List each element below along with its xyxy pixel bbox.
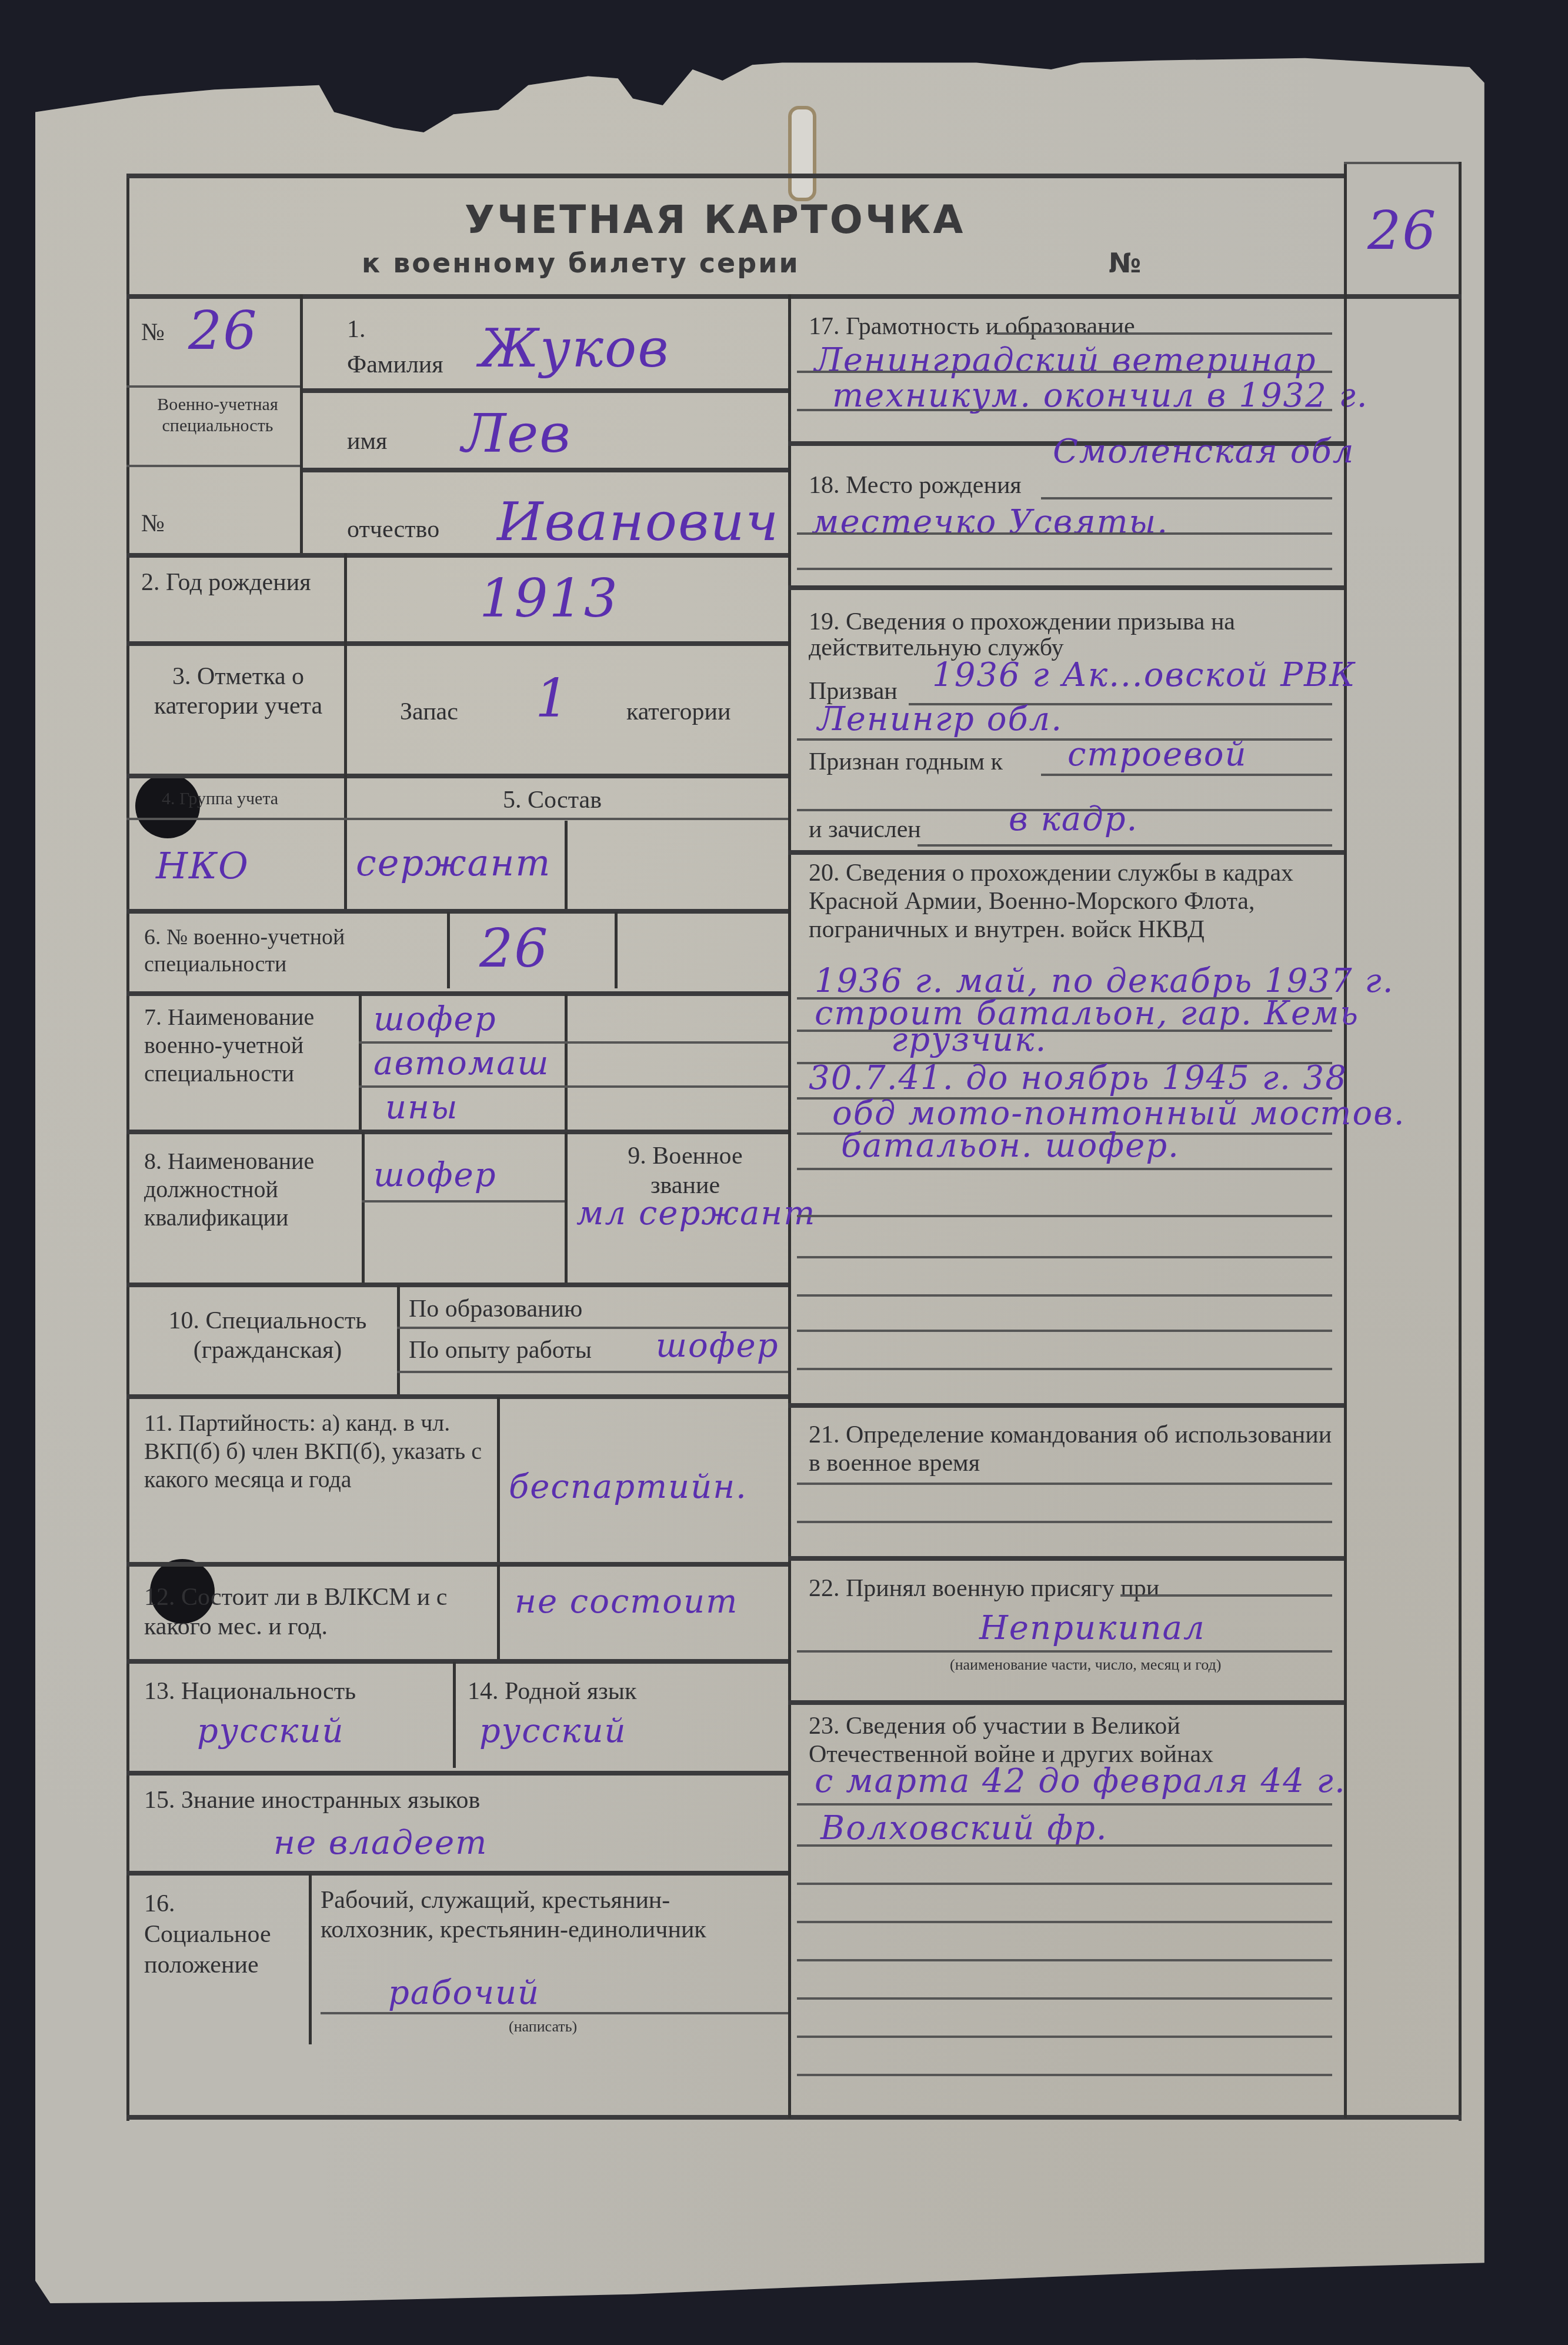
surname-label: Фамилия [347,350,443,379]
divider [788,1556,1344,1561]
war-participation-label: 23. Сведения об участии в Великой Отечес… [809,1712,1332,1768]
divider [797,1921,1332,1923]
divider [565,1132,568,1283]
divider [797,1030,1332,1032]
surname-value: Жуков [479,318,670,379]
divider [788,850,1344,855]
divider [797,1959,1332,1961]
war-participation-line-2: Волховский фр. [820,1809,1108,1847]
right-column-border [1344,294,1347,2118]
vus-number-label: 6. № военно-учетной специальности [144,924,444,978]
by-experience-value: шофер [656,1327,779,1365]
divider [126,641,788,646]
party-label: 11. Партийность: а) канд. в чл. ВКП(б) б… [144,1409,491,1494]
divider [126,818,788,820]
divider [797,532,1332,535]
divider [788,1403,1344,1408]
divider [344,774,347,909]
divider [126,1659,788,1664]
called-line-2: Ленингр обл. [818,700,1063,738]
divider [1120,1594,1332,1597]
divider [126,909,788,914]
divider [797,1168,1332,1170]
divider [797,1997,1332,2000]
number-box-left [1344,162,1347,297]
category-word: категории [626,697,730,727]
komsomol-label: 12. Состоит ли в ВЛКСМ и с какого мес. и… [144,1583,497,1641]
divider [565,821,568,909]
divider [797,1215,1332,1217]
divider [797,568,1332,570]
qualification-label: 8. Наименование должностной квалификации [144,1147,362,1232]
party-value: беспартийн. [509,1468,748,1506]
patronymic-label: отчество [347,515,439,544]
native-language-value: русский [479,1712,627,1750]
vus-name-line-2: автомаш [373,1044,550,1082]
divider [397,1371,788,1373]
divider [1041,497,1332,499]
field-1-number: 1. [347,315,366,344]
divider [303,388,788,393]
education-line-1: Ленинградский ветеринар [815,341,1317,379]
education-label: 17. Грамотность и образование [809,312,1135,341]
card-title: УЧЕТНАЯ КАРТОЧКА [465,197,965,242]
by-experience-label: По опыту работы [409,1335,592,1365]
divider [362,1200,565,1203]
service-label: 20. Сведения о прохождении службы в кадр… [809,859,1332,944]
card-no-label: № [141,318,165,347]
divider [126,385,300,388]
social-status-label: 16. Социальное положение [144,1888,303,1980]
qualification-value: шофер [373,1156,497,1194]
divider [359,1085,788,1088]
oath-label: 22. Принял военную присягу при [809,1574,1159,1603]
oath-hint: (наименование части, число, месяц и год) [950,1656,1221,1674]
divider [126,774,788,778]
foreign-languages-value: не владеет [273,1824,488,1862]
divider [359,994,362,1130]
divider [126,1130,788,1134]
divider [321,2012,788,2014]
card-subtitle: к военному билету серии [362,247,800,279]
divider [359,1041,788,1044]
divider [497,1565,500,1659]
vus-name-line-3: ины [385,1088,459,1127]
composition-label: 5. Состав [503,785,602,815]
divider [126,1283,788,1287]
divider [997,332,1332,335]
divider [126,1771,788,1776]
divider [344,641,347,774]
foreign-languages-label: 15. Знание иностранных языков [144,1786,480,1815]
rank-value: мл сержант [576,1194,816,1233]
reserve-label: Запас [400,697,458,727]
vus-number-value: 26 [479,918,549,980]
fit-label: Признан годным к [809,747,1003,777]
war-participation-line-1: с марта 42 до февраля 44 г. [815,1762,1346,1800]
divider [126,1871,788,1876]
divider [126,1394,788,1399]
number-box-top [1344,162,1462,164]
name-value: Лев [462,403,572,465]
number-sign: № [1109,247,1143,279]
komsomol-value: не состоит [515,1583,738,1621]
divider [797,1294,1332,1297]
enrolled-label: и зачислен [809,815,921,844]
divider [797,1650,1332,1653]
divider [497,1397,500,1562]
divider [797,371,1332,373]
native-language-label: 14. Родной язык [468,1677,636,1706]
frame-bottom [126,2115,1462,2120]
divider [797,1803,1332,1806]
divider [344,553,347,641]
divider [918,844,1332,847]
birthplace-label: 18. Место рождения [809,471,1022,500]
divider [126,553,788,558]
nationality-value: русский [197,1712,345,1750]
birth-year-value: 1913 [479,568,619,629]
card-no-value: 26 [188,300,258,362]
nationality-label: 13. Национальность [144,1677,356,1706]
by-education-label: По образованию [409,1294,582,1324]
divider [797,1844,1332,1847]
service-line-4: 30.7.41. до ноябрь 1945 г. 38 [809,1059,1347,1097]
divider [797,2036,1332,2038]
divider [797,1883,1332,1885]
divider [126,991,788,996]
conscription-label: 19. Сведения о прохождении призыва на де… [809,609,1332,661]
divider [303,468,788,472]
group-value: НКО [156,844,249,887]
vus-name-line-1: шофер [373,1000,497,1038]
divider [797,738,1332,741]
divider [300,294,303,553]
called-line-1: 1936 г Ак...овской РВК [932,656,1356,694]
account-card-form: УЧЕТНАЯ КАРТОЧКА к военному билету серии… [126,174,1462,2121]
oath-value: Неприкипал [979,1609,1206,1647]
divider [797,1368,1332,1370]
birth-year-label: 2. Год рождения [141,568,335,597]
divider [397,1285,400,1394]
vus-name-label: 7. Наименование военно-учетной специальн… [144,1003,356,1088]
name-label: имя [347,427,387,456]
patronymic-value: Иванович [497,491,779,553]
vus-label: Военно-учетная специальность [141,394,294,437]
birthplace-line-1: Смоленская обл [1053,432,1355,471]
social-status-hint: (написать) [509,2018,577,2036]
divider [797,1521,1332,1523]
divider [126,1562,788,1567]
service-line-3: грузчик. [891,1021,1047,1059]
frame-top [126,174,1344,178]
wartime-use-label: 21. Определение командования об использо… [809,1421,1332,1477]
enrolled-value: в кадр. [1009,800,1138,838]
divider [126,465,300,467]
divider [788,1700,1344,1705]
divider [362,1132,365,1283]
vus-no-label: № [141,509,165,538]
divider [565,994,568,1130]
rank-label: 9. Военное звание [597,1141,773,1200]
divider [797,1330,1332,1332]
divider [797,1256,1332,1258]
birthplace-line-2: местечко Усвяты. [812,503,1169,541]
category-label: 3. Отметка о категории учета [141,662,335,721]
card-number: 26 [1367,200,1437,262]
divider [1041,774,1332,776]
frame-right [1459,162,1462,2121]
divider [453,1662,456,1768]
divider [788,585,1344,590]
divider [797,1483,1332,1485]
divider [797,409,1332,411]
group-label: 4. Группа учета [162,788,278,810]
fit-value: строевой [1067,735,1247,774]
header-bottom [126,294,1462,299]
divider [615,912,618,988]
composition-value: сержант [356,841,551,884]
social-status-value: рабочий [388,1974,540,2012]
divider [309,1874,312,2044]
service-line-6: батальон. шофер. [841,1127,1180,1165]
social-status-options: Рабочий, служащий, крестьянин-колхозник,… [321,1886,779,1944]
civil-specialty-label: 10. Специальность (гражданская) [144,1306,391,1365]
divider [797,2074,1332,2076]
divider [447,912,450,988]
reserve-value: 1 [535,668,570,730]
